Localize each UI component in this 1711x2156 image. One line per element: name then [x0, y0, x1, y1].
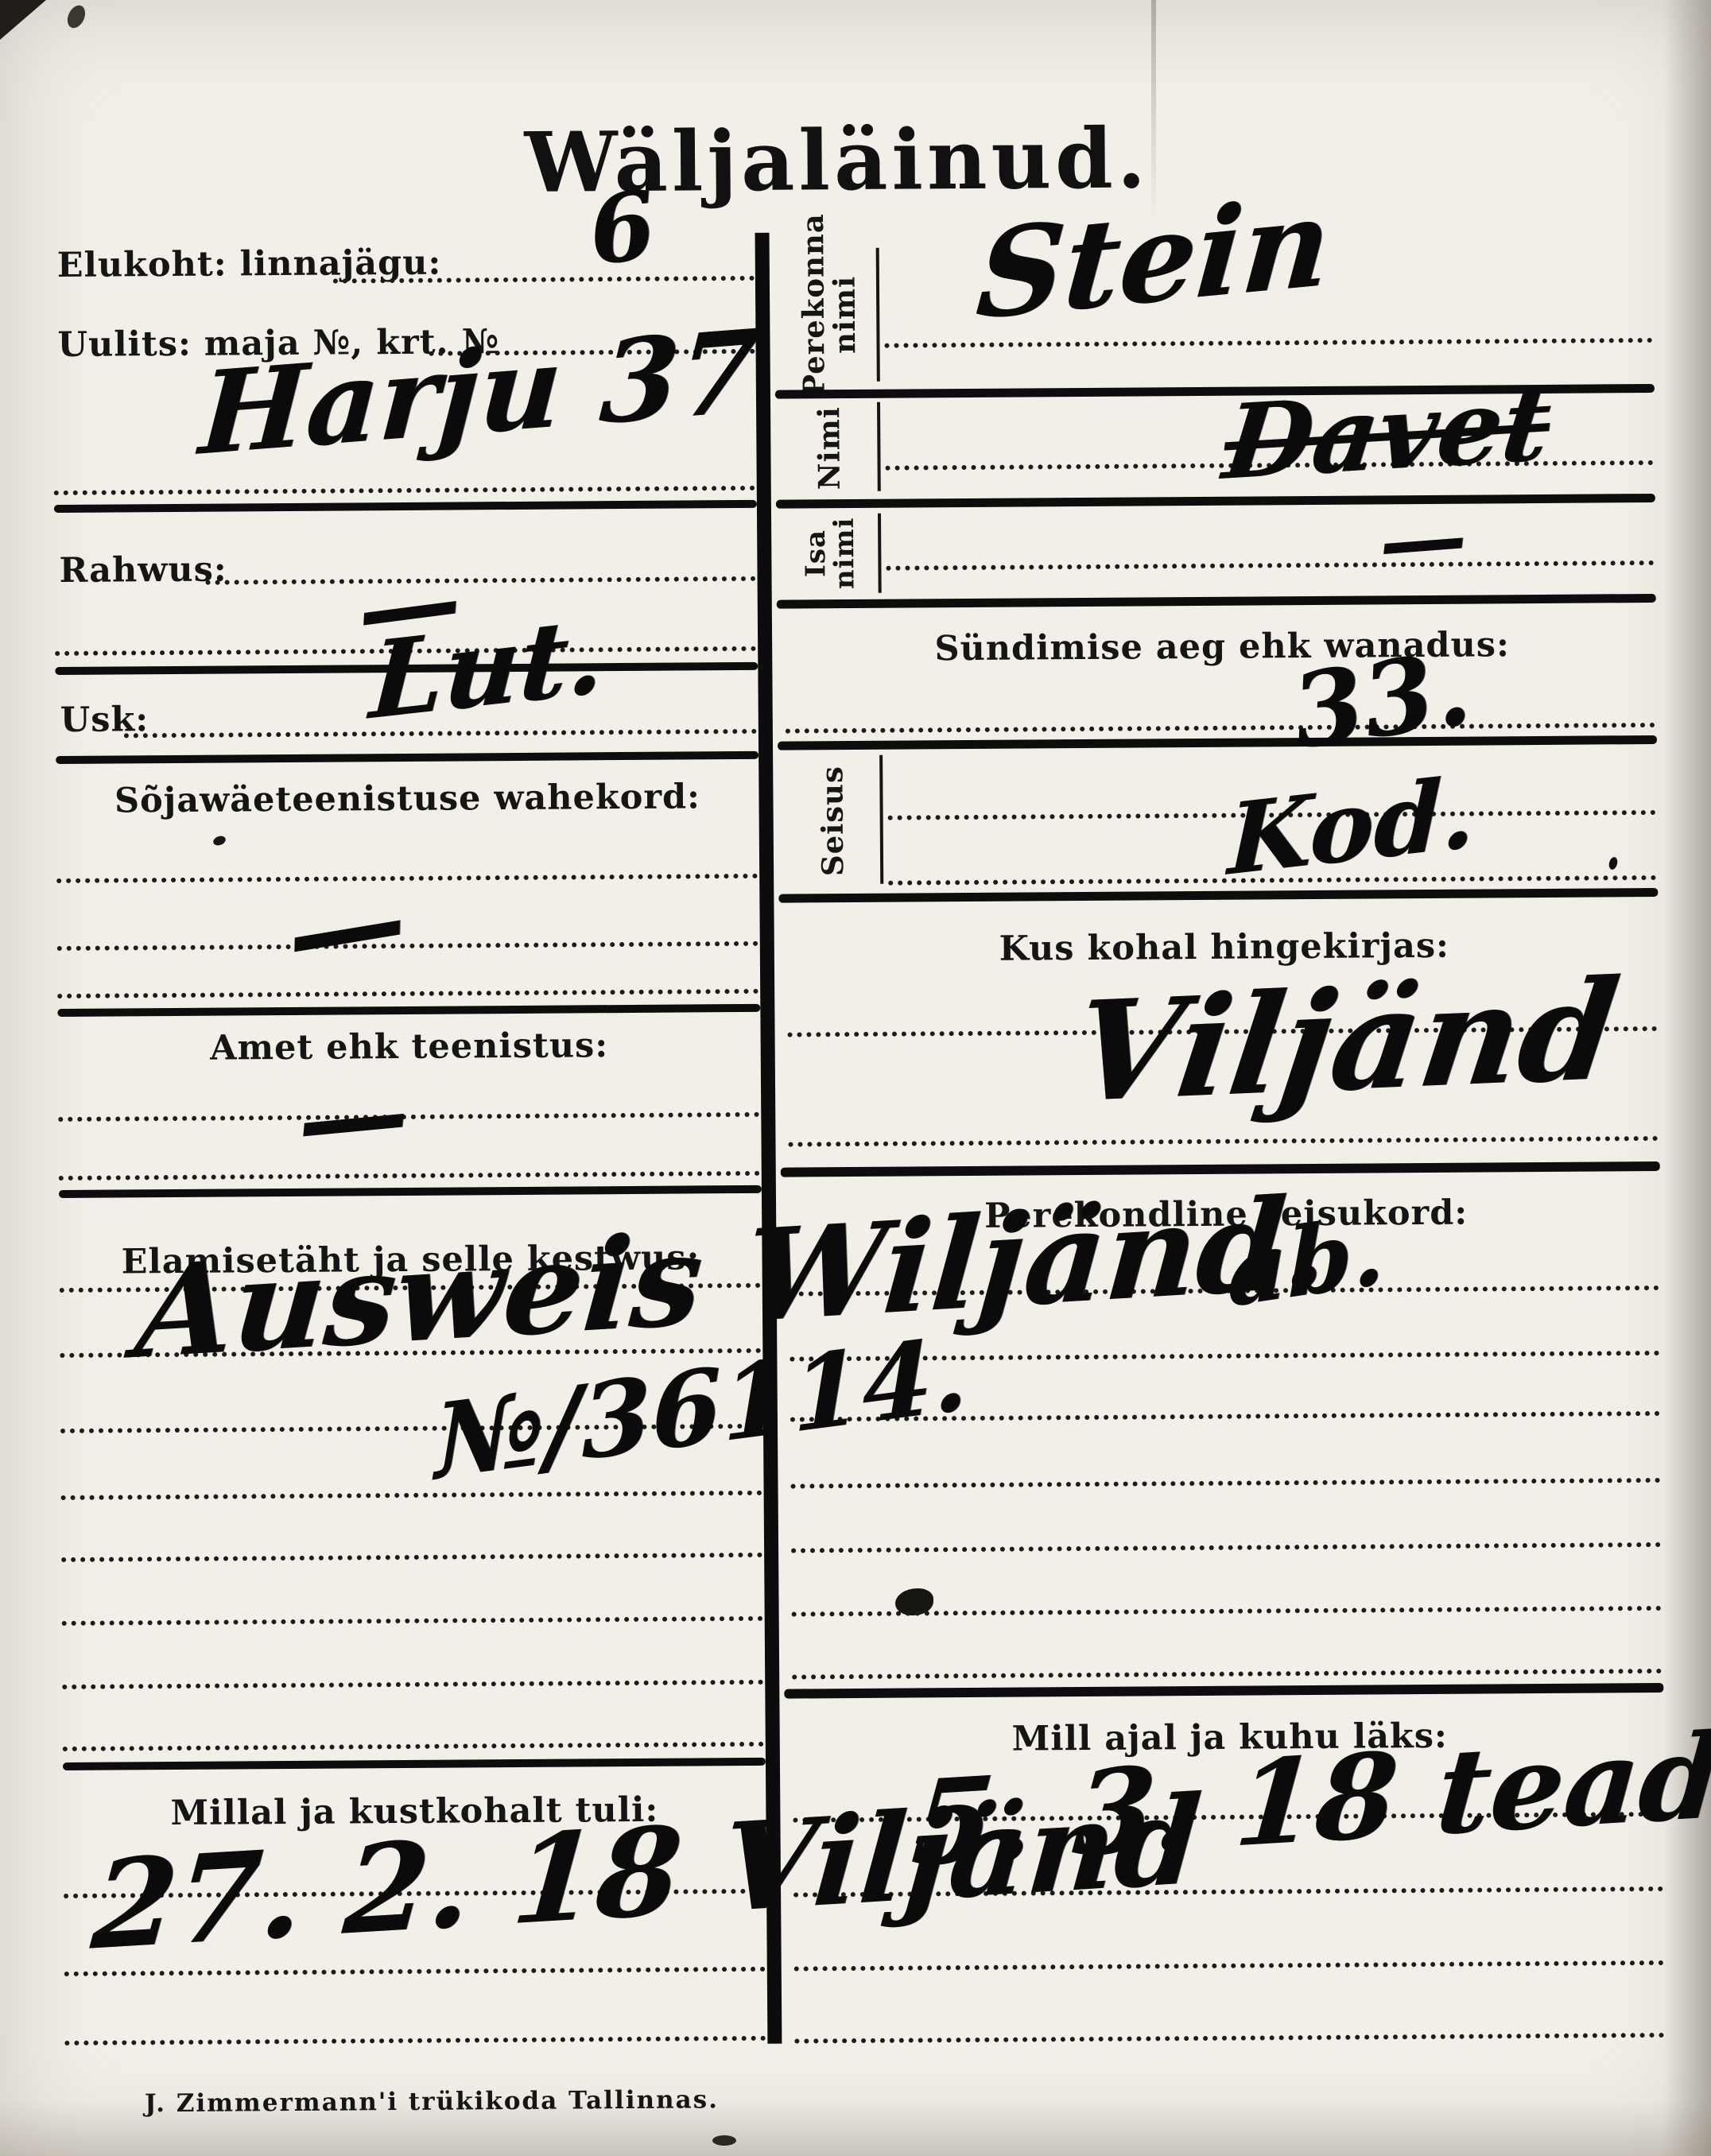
family-status-value: ab. — [1227, 1203, 1385, 1320]
family-name-value: Stein — [973, 180, 1335, 336]
ruled-line — [791, 1478, 1661, 1489]
separator-line — [59, 1185, 762, 1198]
ruled-line — [794, 2033, 1664, 2044]
father-name-label: Isa nimi — [801, 507, 859, 599]
label-rule — [877, 402, 881, 491]
ruled-line — [792, 1606, 1662, 1617]
ruled-line — [61, 1553, 762, 1562]
separator-line — [54, 500, 757, 513]
profession-label: Amet ehk teenistus: — [57, 1025, 760, 1069]
first-name-label: Nimi — [814, 406, 846, 490]
family-name-label-cell: Perekonna nimi — [778, 243, 880, 387]
ruled-line — [791, 1542, 1661, 1553]
profession-value: — — [292, 1056, 413, 1177]
separator-line — [778, 888, 1658, 903]
birthdate-age-value: 33. — [1286, 638, 1476, 764]
ruled-line — [61, 1491, 762, 1500]
religion-value: Lut. — [367, 603, 607, 735]
separator-line — [777, 594, 1656, 609]
ruled-line — [789, 1136, 1659, 1147]
separator-line — [63, 1758, 766, 1770]
father-name-value: — — [1375, 492, 1469, 586]
ruled-line — [794, 1960, 1664, 1972]
military-service-label: Sõjawäeteenistuse wahekord: — [56, 777, 759, 821]
military-service-value: — — [277, 858, 413, 995]
ruled-line — [62, 1616, 763, 1626]
ruled-line — [792, 1669, 1662, 1680]
family-name-label: Perekonna nimi — [797, 233, 860, 397]
label-rule — [878, 514, 882, 593]
separator-line — [784, 1683, 1663, 1699]
birthdate-age-label: Sündimise aeg ehk wanadus: — [785, 624, 1659, 670]
separator-line — [57, 1004, 760, 1017]
ruled-line — [886, 560, 1654, 571]
ruled-line — [58, 1112, 759, 1122]
ruled-line — [62, 1680, 763, 1689]
printer-imprint: J. Zimmermann'i trükikoda Tallinnas. — [145, 2085, 719, 2118]
ruled-line — [206, 576, 756, 585]
ruled-line — [54, 486, 755, 495]
status-label-cell: Seisus — [781, 750, 883, 891]
label-rule — [879, 755, 883, 884]
father-name-label-cell: Isa nimi — [779, 509, 882, 599]
ruled-line — [57, 989, 759, 999]
first-name-label-cell: Nimi — [778, 397, 881, 498]
registered-place-value: Viljänd — [1066, 961, 1625, 1122]
nationality-label: Rahwus: — [59, 550, 227, 591]
first-name-value: Davet — [1219, 373, 1555, 494]
status-value: Kod. — [1227, 763, 1476, 889]
ruled-line — [63, 1742, 764, 1751]
ruled-line — [786, 723, 1655, 734]
ruled-line — [64, 2036, 766, 2045]
label-rule — [876, 248, 880, 382]
ruled-line — [56, 874, 758, 883]
scanned-form-page: Wäljaläinud. Elukoht: linnajägu: 6 Uulit… — [0, 0, 1711, 2156]
separator-line — [56, 751, 759, 764]
separator-line — [776, 494, 1655, 509]
separator-line — [778, 735, 1657, 750]
residence-district-value: 6 — [584, 178, 660, 278]
status-label: Seisus — [817, 766, 848, 876]
